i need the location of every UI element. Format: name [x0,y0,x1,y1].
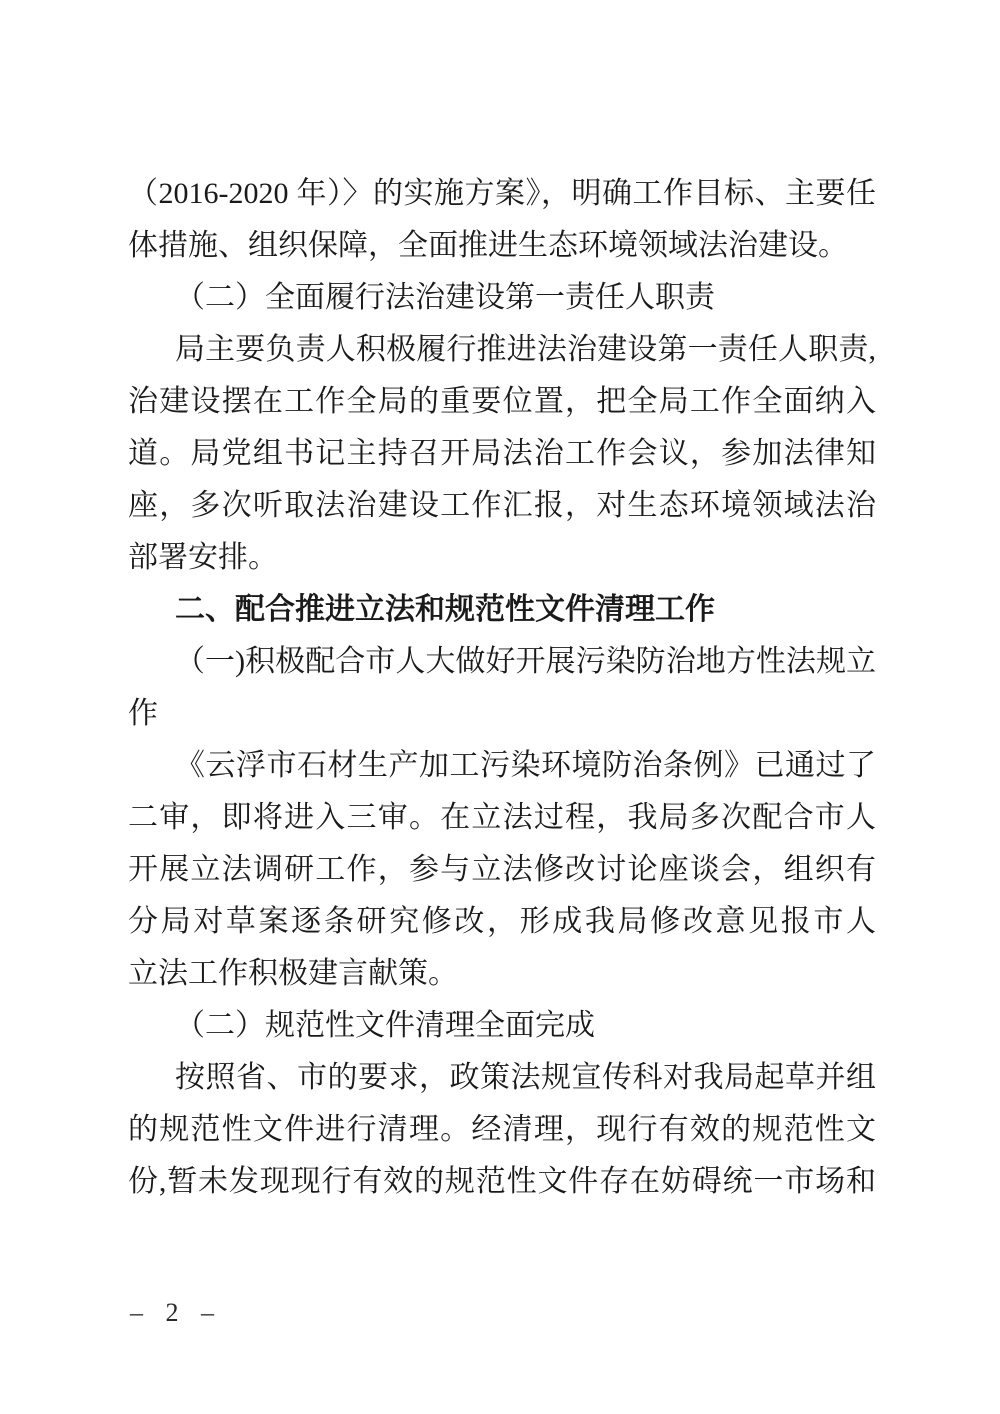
text-line: 局主要负责人积极履行推进法治建设第一责任人职责,将法 [128,324,876,376]
text-line: 体措施、组织保障，全面推进生态环境领域法治建设。 [128,220,876,272]
text-line: （二）全面履行法治建设第一责任人职责 [128,272,876,324]
text-line: 立法工作积极建言献策。 [128,948,876,1000]
text-line: 开展立法调研工作，参与立法修改讨论座谈会，组织有关科室、 [128,844,876,896]
section-heading: 二、配合推进立法和规范性文件清理工作 [128,584,876,636]
text-line: 《云浮市石材生产加工污染环境防治条例》已通过了市人大 [128,740,876,792]
text-line: 部署安排。 [128,532,876,584]
text-line: 座，多次听取法治建设工作汇报，对生态环境领域法治建设工作 [128,480,876,532]
text-line: （2016-2020 年）〉的实施方案》，明确工作目标、主要任务、具 [128,168,876,220]
document-body: （2016-2020 年）〉的实施方案》，明确工作目标、主要任务、具体措施、组织… [128,168,876,1208]
text-line: （一)积极配合市人大做好开展污染防治地方性法规立法工 [128,636,876,688]
text-line: 分局对草案逐条研究修改，形成我局修改意见报市人大，为条例 [128,896,876,948]
text-line: 作 [128,688,876,740]
text-line: 治建设摆在工作全局的重要位置，把全局工作全面纳入法治轨 [128,376,876,428]
text-line: 二审，即将进入三审。在立法过程，我局多次配合市人大法工委 [128,792,876,844]
text-line: （二）规范性文件清理全面完成 [128,1000,876,1052]
text-line: 的规范性文件进行清理。经清理，现行有效的规范性文件共有 4 [128,1104,876,1156]
document-page: （2016-2020 年）〉的实施方案》，明确工作目标、主要任务、具体措施、组织… [0,0,1000,1414]
page-number: – 2 – [130,1298,222,1328]
text-line: 份,暂未发现现行有效的规范性文件存在妨碍统一市场和公平竞 [128,1156,876,1208]
text-line: 按照省、市的要求，政策法规宣传科对我局起草并组织实施 [128,1052,876,1104]
text-line: 道。局党组书记主持召开局法治工作会议，参加法律知识培训讲 [128,428,876,480]
